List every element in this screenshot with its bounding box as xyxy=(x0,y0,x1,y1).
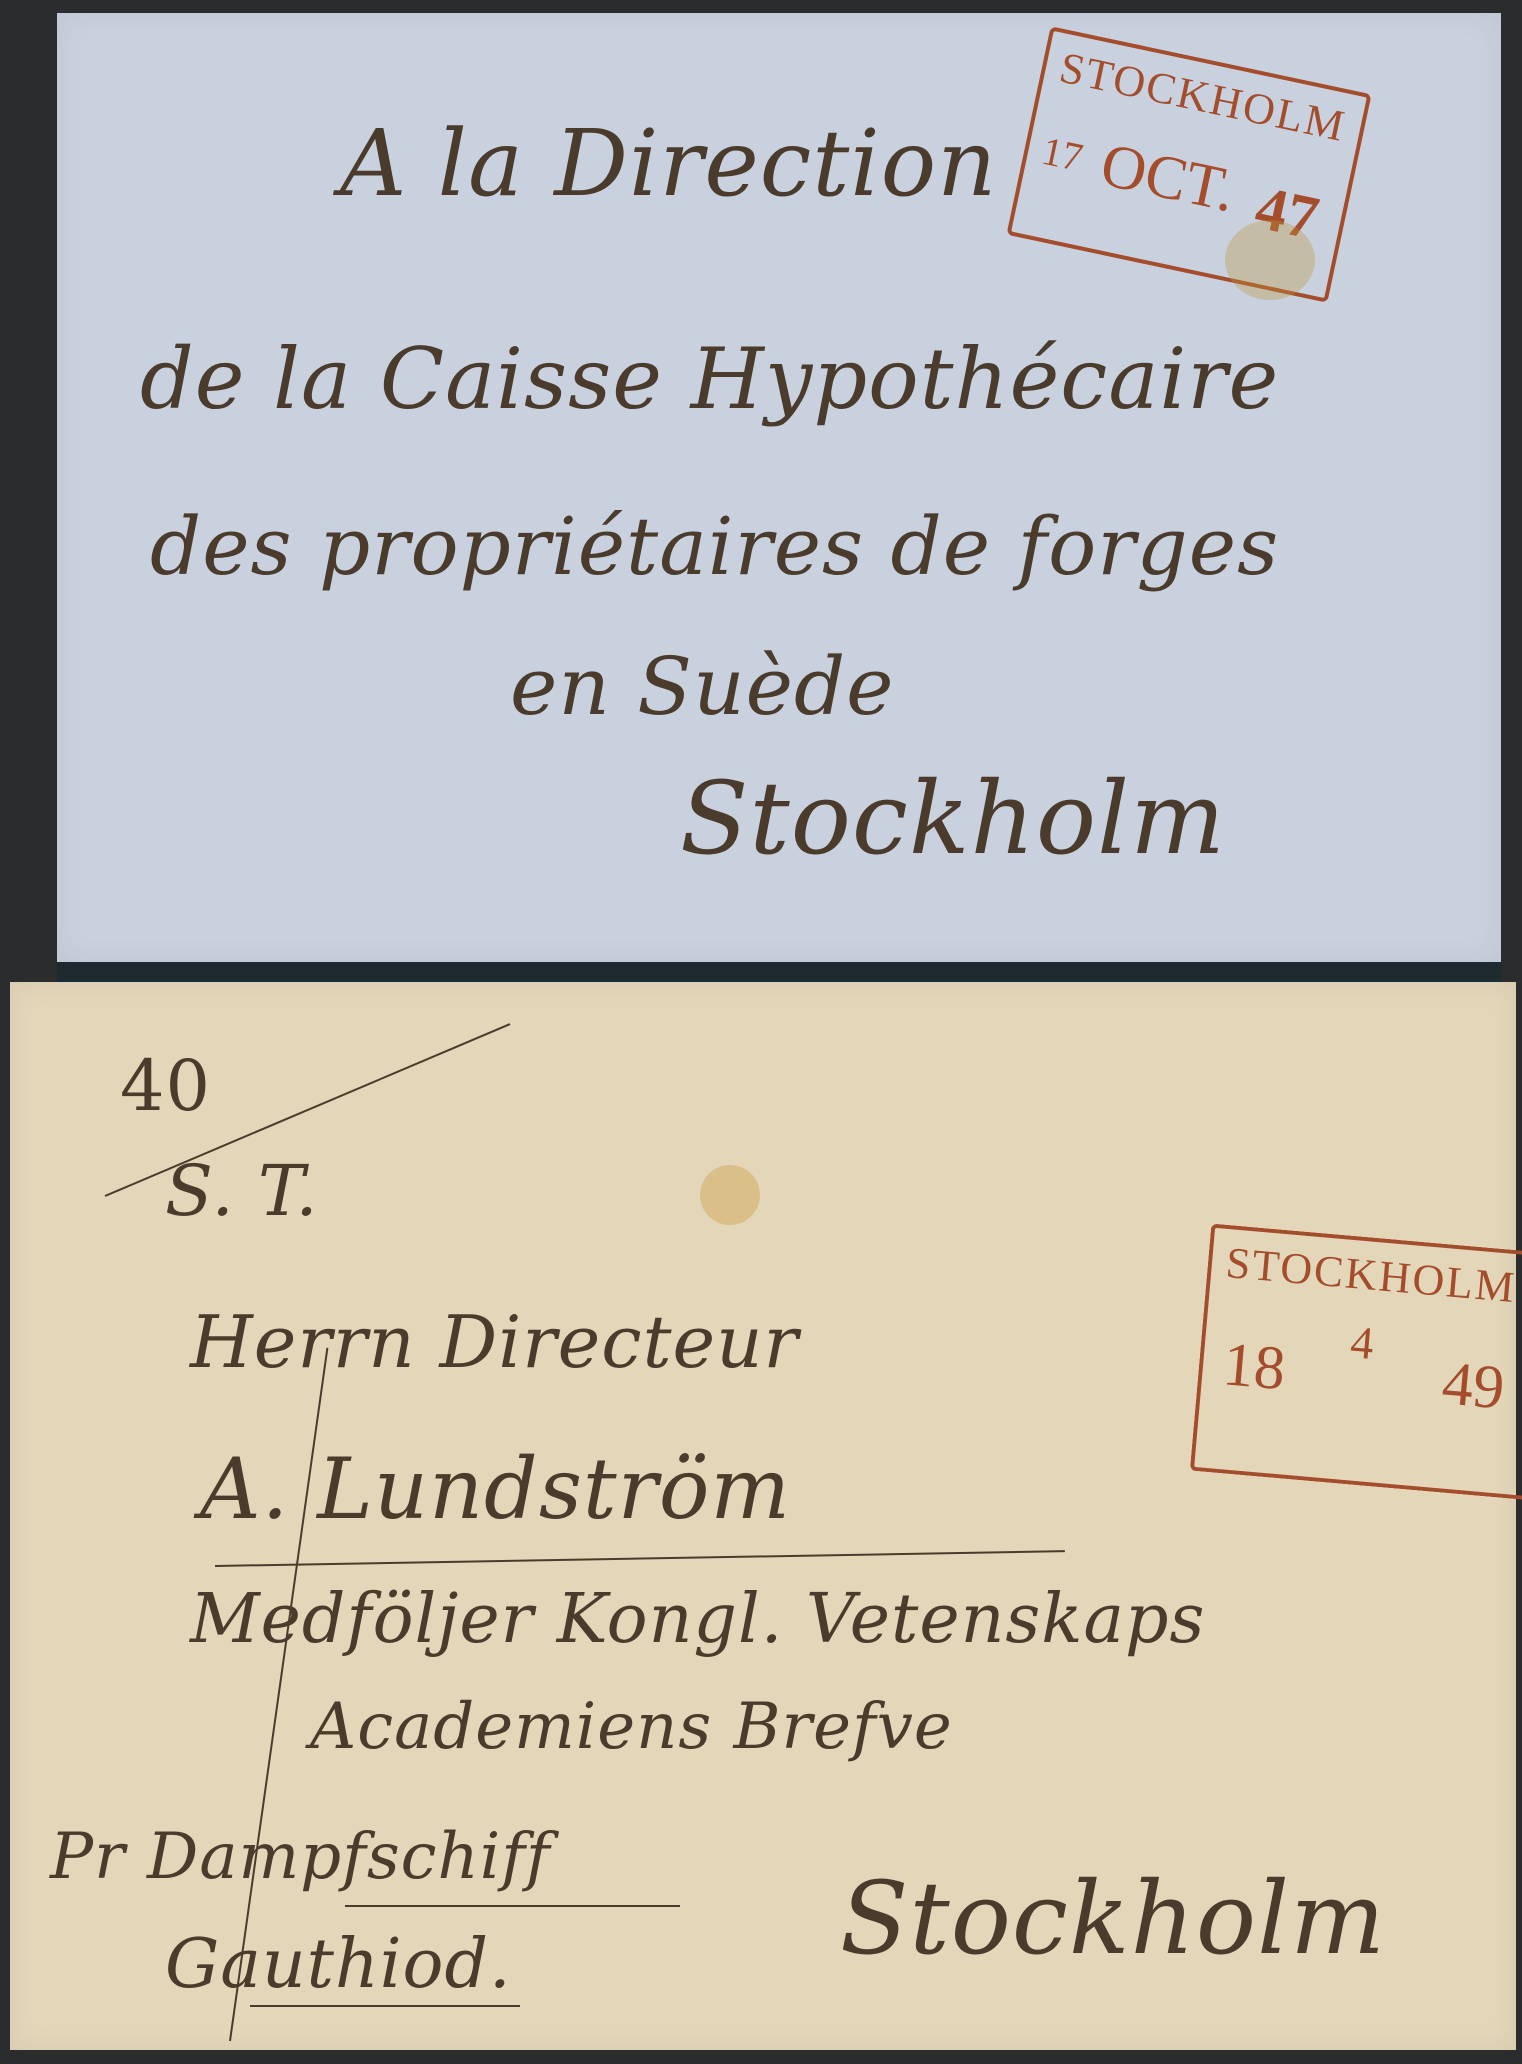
foxing-stain xyxy=(700,1165,760,1225)
address-line: Medföljer Kongl. Vetenskaps xyxy=(190,1580,1205,1659)
routing-line: Pr Dampfschiff xyxy=(50,1820,551,1894)
address-line: en Suède xyxy=(510,640,895,733)
postmark-month: 4 xyxy=(1348,1315,1376,1370)
postmark-year: 49 xyxy=(1439,1348,1507,1424)
stockholm-postmark-1849: STOCKHOLM 18 4 49 xyxy=(1190,1223,1522,1500)
underline xyxy=(345,1905,680,1907)
ink-stain xyxy=(1225,220,1315,300)
address-line: des propriétaires de forges xyxy=(150,500,1279,593)
address-line: A. Lundström xyxy=(200,1440,791,1538)
postmark-town: STOCKHOLM xyxy=(1224,1237,1518,1313)
address-line: Stockholm xyxy=(840,1860,1386,1977)
address-line: Herrn Directeur xyxy=(190,1300,799,1384)
routing-line: Gauthiod. xyxy=(165,1925,512,2004)
postmark-day: 18 xyxy=(1220,1329,1288,1405)
address-line: de la Caisse Hypothécaire xyxy=(140,330,1279,428)
postmark-month: OCT. xyxy=(1095,130,1242,227)
address-line: Academiens Brefve xyxy=(310,1690,953,1764)
address-line: S. T. xyxy=(165,1150,319,1232)
envelope-flap-edge xyxy=(57,962,1501,982)
address-line: A la Direction xyxy=(340,110,997,217)
address-line: Stockholm xyxy=(680,760,1226,877)
underline xyxy=(250,2005,520,2007)
postmark-day: 17 xyxy=(1038,127,1087,181)
rate-marking: 40 xyxy=(120,1045,211,1127)
